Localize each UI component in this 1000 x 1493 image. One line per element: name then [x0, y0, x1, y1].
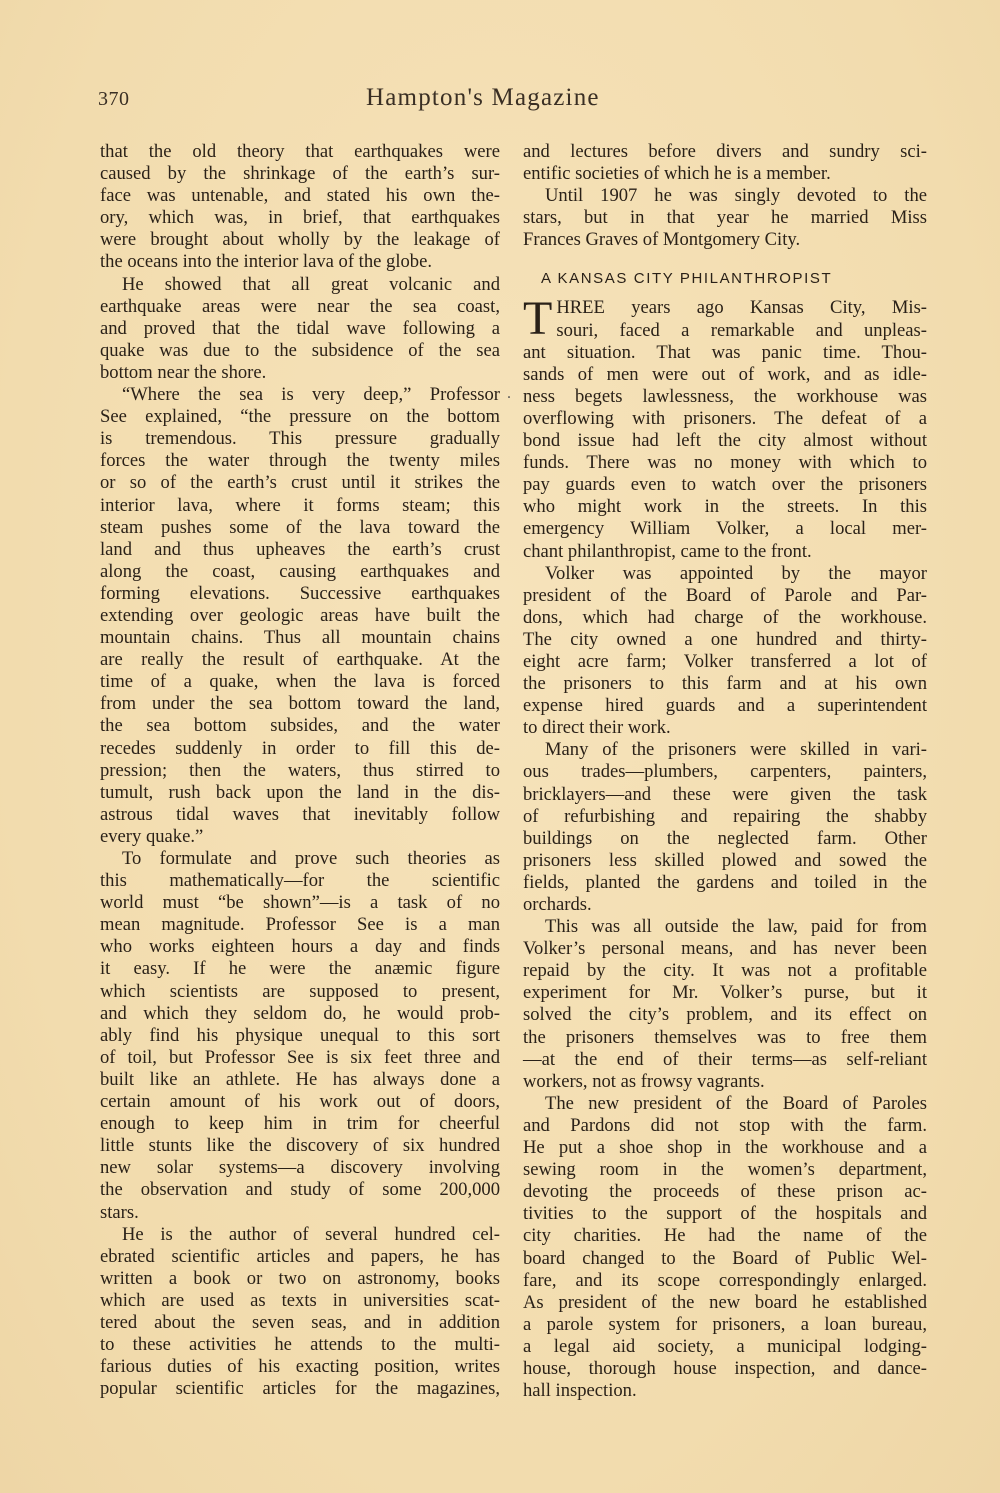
text-line: popular scientific articles for the maga…: [100, 1378, 500, 1400]
margin-mark: .: [507, 385, 511, 403]
text-line: Volker was appointed by the mayor: [523, 563, 927, 585]
text-line: bricklayers—and these were given the tas…: [523, 784, 927, 806]
text-line: the prisoners themselves was to free the…: [523, 1027, 927, 1049]
text-line: Many of the prisoners were skilled in va…: [523, 739, 927, 761]
text-line: the observation and study of some 200,00…: [100, 1179, 500, 1201]
text-line: and Pardons did not stop with the farm.: [523, 1115, 927, 1137]
text-line: ant situation. That was panic time. Thou…: [523, 342, 927, 364]
text-line: and lectures before divers and sundry sc…: [523, 141, 927, 163]
text-line: president of the Board of Parole and Par…: [523, 585, 927, 607]
text-line: this mathematically—for the scientific: [100, 870, 500, 892]
text-line: emergency William Volker, a local mer-: [523, 518, 927, 540]
paragraph: He is the author of several hundred cel-…: [100, 1224, 500, 1401]
text-line: world must “be shown”—is a task of no: [100, 892, 500, 914]
paragraph: and lectures before divers and sundry sc…: [523, 141, 927, 185]
left-column: that the old theory that earthquakes wer…: [100, 141, 500, 1400]
text-line: which scientists are supposed to present…: [100, 981, 500, 1003]
text-line: land and thus upheaves the earth’s crust: [100, 539, 500, 561]
text-line: stars, but in that year he married Miss: [523, 207, 927, 229]
text-line: farious duties of his exacting position,…: [100, 1356, 500, 1378]
text-line: astrous tidal waves that inevitably foll…: [100, 804, 500, 826]
text-line: workers, not as frowsy vagrants.: [523, 1071, 927, 1093]
text-line: caused by the shrinkage of the earth’s s…: [100, 163, 500, 185]
text-line: Frances Graves of Montgomery City.: [523, 229, 927, 251]
text-line: He put a shoe shop in the workhouse and …: [523, 1137, 927, 1159]
text-line: pay guards even to watch over the prison…: [523, 474, 927, 496]
text-line: prisoners less skilled plowed and sowed …: [523, 850, 927, 872]
text-line: ory, which was, in brief, that earthquak…: [100, 207, 500, 229]
text-line: city charities. He had the name of the: [523, 1225, 927, 1247]
dropcap-paragraph: T HREE years ago Kansas City, Mis- souri…: [523, 297, 927, 341]
text-line: souri, faced a remarkable and unpleas-: [523, 320, 927, 342]
text-line: to direct their work.: [523, 717, 927, 739]
text-line: ness begets lawlessness, the workhouse w…: [523, 386, 927, 408]
text-line: face was untenable, and stated his own t…: [100, 185, 500, 207]
text-line: stars.: [100, 1202, 500, 1224]
text-line: chant philanthropist, came to the front.: [523, 541, 927, 563]
drop-cap: T: [523, 299, 552, 341]
text-line: repaid by the city. It was not a profita…: [523, 960, 927, 982]
text-line: entific societies of which he is a membe…: [523, 163, 927, 185]
paragraph: The new president of the Board of Parole…: [523, 1093, 927, 1402]
text-line: who works eighteen hours a day and finds: [100, 936, 500, 958]
text-line: To formulate and prove such theories as: [100, 848, 500, 870]
text-line: ous trades—plumbers, carpenters, painter…: [523, 761, 927, 783]
right-column: and lectures before divers and sundry sc…: [523, 141, 927, 1402]
text-line: written a book or two on astronomy, book…: [100, 1268, 500, 1290]
text-line: sewing room in the women’s department,: [523, 1159, 927, 1181]
text-line: The city owned a one hundred and thirty-: [523, 629, 927, 651]
text-line: orchards.: [523, 894, 927, 916]
text-line: the oceans into the interior lava of the…: [100, 251, 500, 273]
text-line: fields, planted the gardens and toiled i…: [523, 872, 927, 894]
paragraph: that the old theory that earthquakes wer…: [100, 141, 500, 274]
text-line: enough to keep him in trim for cheerful: [100, 1113, 500, 1135]
text-line: tumult, rush back upon the land in the d…: [100, 782, 500, 804]
text-line: to these activities he attends to the mu…: [100, 1334, 500, 1356]
paragraph: He showed that all great volcanic andear…: [100, 274, 500, 384]
text-line: were brought about wholly by the leakage…: [100, 229, 500, 251]
text-line: mean magnitude. Professor See is a man: [100, 914, 500, 936]
text-line: it easy. If he were the anæmic figure: [100, 958, 500, 980]
text-line: overflowing with prisoners. The defeat o…: [523, 408, 927, 430]
paragraph: Until 1907 he was singly devoted to thes…: [523, 185, 927, 251]
text-line: little stunts like the discovery of six …: [100, 1135, 500, 1157]
text-line: He is the author of several hundred cel-: [100, 1224, 500, 1246]
text-line: tivities to the support of the hospitals…: [523, 1203, 927, 1225]
text-line: and which they seldom do, he would prob-: [100, 1003, 500, 1025]
text-line: experiment for Mr. Volker’s purse, but i…: [523, 982, 927, 1004]
paragraph: Volker was appointed by the mayorpreside…: [523, 563, 927, 740]
text-line: eight acre farm; Volker transferred a lo…: [523, 651, 927, 673]
text-line: quake was due to the subsidence of the s…: [100, 340, 500, 362]
text-line: tered about the seven seas, and in addit…: [100, 1312, 500, 1334]
text-line: bond issue had left the city almost with…: [523, 430, 927, 452]
text-line: a legal aid society, a municipal lodging…: [523, 1336, 927, 1358]
text-line: who might work in the streets. In this: [523, 496, 927, 518]
text-line: Volker’s personal means, and has never b…: [523, 938, 927, 960]
text-line: board changed to the Board of Public Wel…: [523, 1248, 927, 1270]
text-line: built like an athlete. He has always don…: [100, 1069, 500, 1091]
text-line: ably find his physique unequal to this s…: [100, 1025, 500, 1047]
text-line: pression; then the waters, thus stirred …: [100, 760, 500, 782]
text-line: See explained, “the pressure on the bott…: [100, 406, 500, 428]
text-line: of refurbishing and repairing the shabby: [523, 806, 927, 828]
text-line: sands of men were out of work, and as id…: [523, 364, 927, 386]
text-line: certain amount of his work out of doors,: [100, 1091, 500, 1113]
text-line: fare, and its scope correspondingly enla…: [523, 1270, 927, 1292]
text-line: the prisoners to this farm and at his ow…: [523, 673, 927, 695]
text-line: He showed that all great volcanic and: [100, 274, 500, 296]
text-line: dons, which had charge of the workhouse.: [523, 607, 927, 629]
text-line: every quake.”: [100, 826, 500, 848]
text-line: which are used as texts in universities …: [100, 1290, 500, 1312]
text-line: bottom near the shore.: [100, 362, 500, 384]
text-line: buildings on the neglected farm. Other: [523, 828, 927, 850]
text-line: the sea bottom subsides, and the water: [100, 715, 500, 737]
text-line: HREE years ago Kansas City, Mis-: [523, 297, 927, 319]
text-line: house, thorough house inspection, and da…: [523, 1358, 927, 1380]
text-line: hall inspection.: [523, 1380, 927, 1402]
text-line: recedes suddenly in order to fill this d…: [100, 738, 500, 760]
text-line: is tremendous. This pressure gradually: [100, 428, 500, 450]
text-line: along the coast, causing earthquakes and: [100, 561, 500, 583]
text-line: funds. There was no money with which to: [523, 452, 927, 474]
running-title: Hampton's Magazine: [366, 84, 600, 112]
text-line: devoting the proceeds of these prison ac…: [523, 1181, 927, 1203]
text-line: steam pushes some of the lava toward the: [100, 517, 500, 539]
text-line: are really the result of earthquake. At …: [100, 649, 500, 671]
text-line: —at the end of their terms—as self-relia…: [523, 1049, 927, 1071]
text-line: of toil, but Professor See is six feet t…: [100, 1047, 500, 1069]
text-line: interior lava, where it forms steam; thi…: [100, 495, 500, 517]
text-line: forces the water through the twenty mile…: [100, 450, 500, 472]
paragraph: To formulate and prove such theories ast…: [100, 848, 500, 1224]
paragraph: Many of the prisoners were skilled in va…: [523, 739, 927, 916]
text-line: earthquake areas were near the sea coast…: [100, 296, 500, 318]
text-line: from under the sea bottom toward the lan…: [100, 693, 500, 715]
paragraph: ant situation. That was panic time. Thou…: [523, 342, 927, 563]
text-line: time of a quake, when the lava is forced: [100, 671, 500, 693]
text-line: forming elevations. Successive earthquak…: [100, 583, 500, 605]
text-line: Until 1907 he was singly devoted to the: [523, 185, 927, 207]
section-heading: A KANSAS CITY PHILANTHROPIST: [541, 269, 927, 289]
text-line: ebrated scientific articles and papers, …: [100, 1246, 500, 1268]
text-line: expense hired guards and a superintenden…: [523, 695, 927, 717]
text-line: new solar systems—a discovery involving: [100, 1157, 500, 1179]
text-line: a parole system for prisoners, a loan bu…: [523, 1314, 927, 1336]
text-line: solved the city’s problem, and its effec…: [523, 1004, 927, 1026]
text-line: “Where the sea is very deep,” Professor: [100, 384, 500, 406]
text-line: and proved that the tidal wave following…: [100, 318, 500, 340]
text-line: This was all outside the law, paid for f…: [523, 916, 927, 938]
text-line: that the old theory that earthquakes wer…: [100, 141, 500, 163]
text-line: mountain chains. Thus all mountain chain…: [100, 627, 500, 649]
page-number: 370: [98, 88, 130, 111]
paragraph: This was all outside the law, paid for f…: [523, 916, 927, 1093]
text-line: The new president of the Board of Parole…: [523, 1093, 927, 1115]
paragraph: “Where the sea is very deep,” ProfessorS…: [100, 384, 500, 848]
text-line: extending over geologic areas have built…: [100, 605, 500, 627]
text-line: As president of the new board he establi…: [523, 1292, 927, 1314]
text-line: or so of the earth’s crust until it stri…: [100, 472, 500, 494]
